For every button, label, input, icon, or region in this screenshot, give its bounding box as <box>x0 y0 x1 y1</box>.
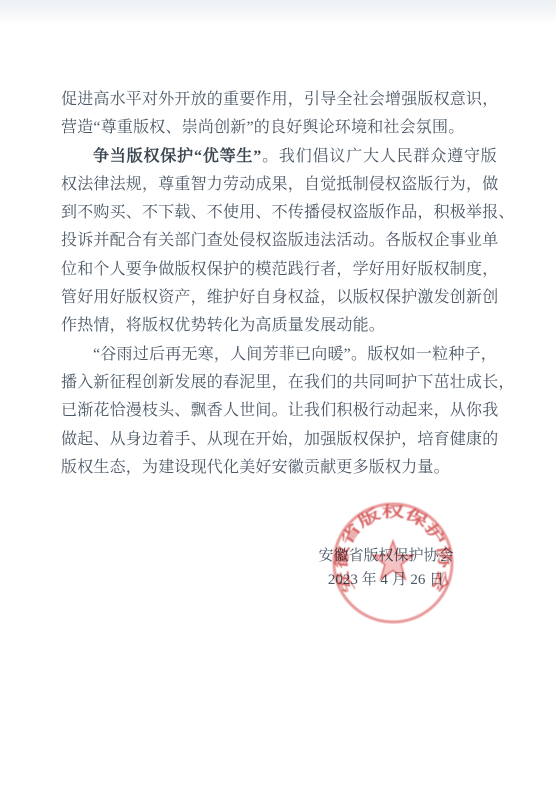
text-line: “谷雨过后再无寒，人间芳菲已向暖”。版权如一粒种子， <box>61 341 497 369</box>
text-line: 已渐花恰漫枝头、飘香人世间。让我们积极行动起来，从你我 <box>61 397 497 425</box>
text-line: 促进高水平对外开放的重要作用，引导全社会增强版权意识， <box>61 86 497 114</box>
document-page: 促进高水平对外开放的重要作用，引导全社会增强版权意识，营造“尊重版权、崇尚创新”… <box>0 0 556 786</box>
text-line: 版权生态，为建设现代化美好安徽贡献更多版权力量。 <box>61 454 497 482</box>
text-line: 营造“尊重版权、崇尚创新”的良好舆论环境和社会氛围。 <box>61 114 497 142</box>
text-line: 位和个人要争做版权保护的模范践行者，学好用好版权制度， <box>61 256 497 284</box>
text-line: 做起、从身边着手、从现在开始，加强版权保护，培育健康的 <box>61 426 497 454</box>
text-line: 管好用好版权资产，维护好自身权益，以版权保护激发创新创 <box>61 284 497 312</box>
text-line: 争当版权保护“优等生”。我们倡议广大人民群众遵守版 <box>61 143 497 171</box>
text-line: 作热情，将版权优势转化为高质量发展动能。 <box>61 312 497 340</box>
document-body: 促进高水平对外开放的重要作用，引导全社会增强版权意识，营造“尊重版权、崇尚创新”… <box>61 86 497 482</box>
scan-artifact-band <box>0 0 556 24</box>
text-line: 播入新征程创新发展的春泥里，在我们的共同呵护下茁壮成长， <box>61 369 497 397</box>
text-line: 投诉并配合有关部门查处侵权盗版违法活动。各版权企事业单 <box>61 227 497 255</box>
text-line: 权法律法规，尊重智力劳动成果，自觉抵制侵权盗版行为，做 <box>61 171 497 199</box>
signature-date: 2023 年 4 月 26 日 <box>314 568 458 592</box>
organization-name: 安徽省版权保护协会 <box>314 544 458 568</box>
text-line: 到不购买、不下载、不使用、不传播侵权盗版作品，积极举报、 <box>61 199 497 227</box>
signature-block: 安徽省版权保护协会 2023 年 4 月 26 日 <box>314 544 458 592</box>
